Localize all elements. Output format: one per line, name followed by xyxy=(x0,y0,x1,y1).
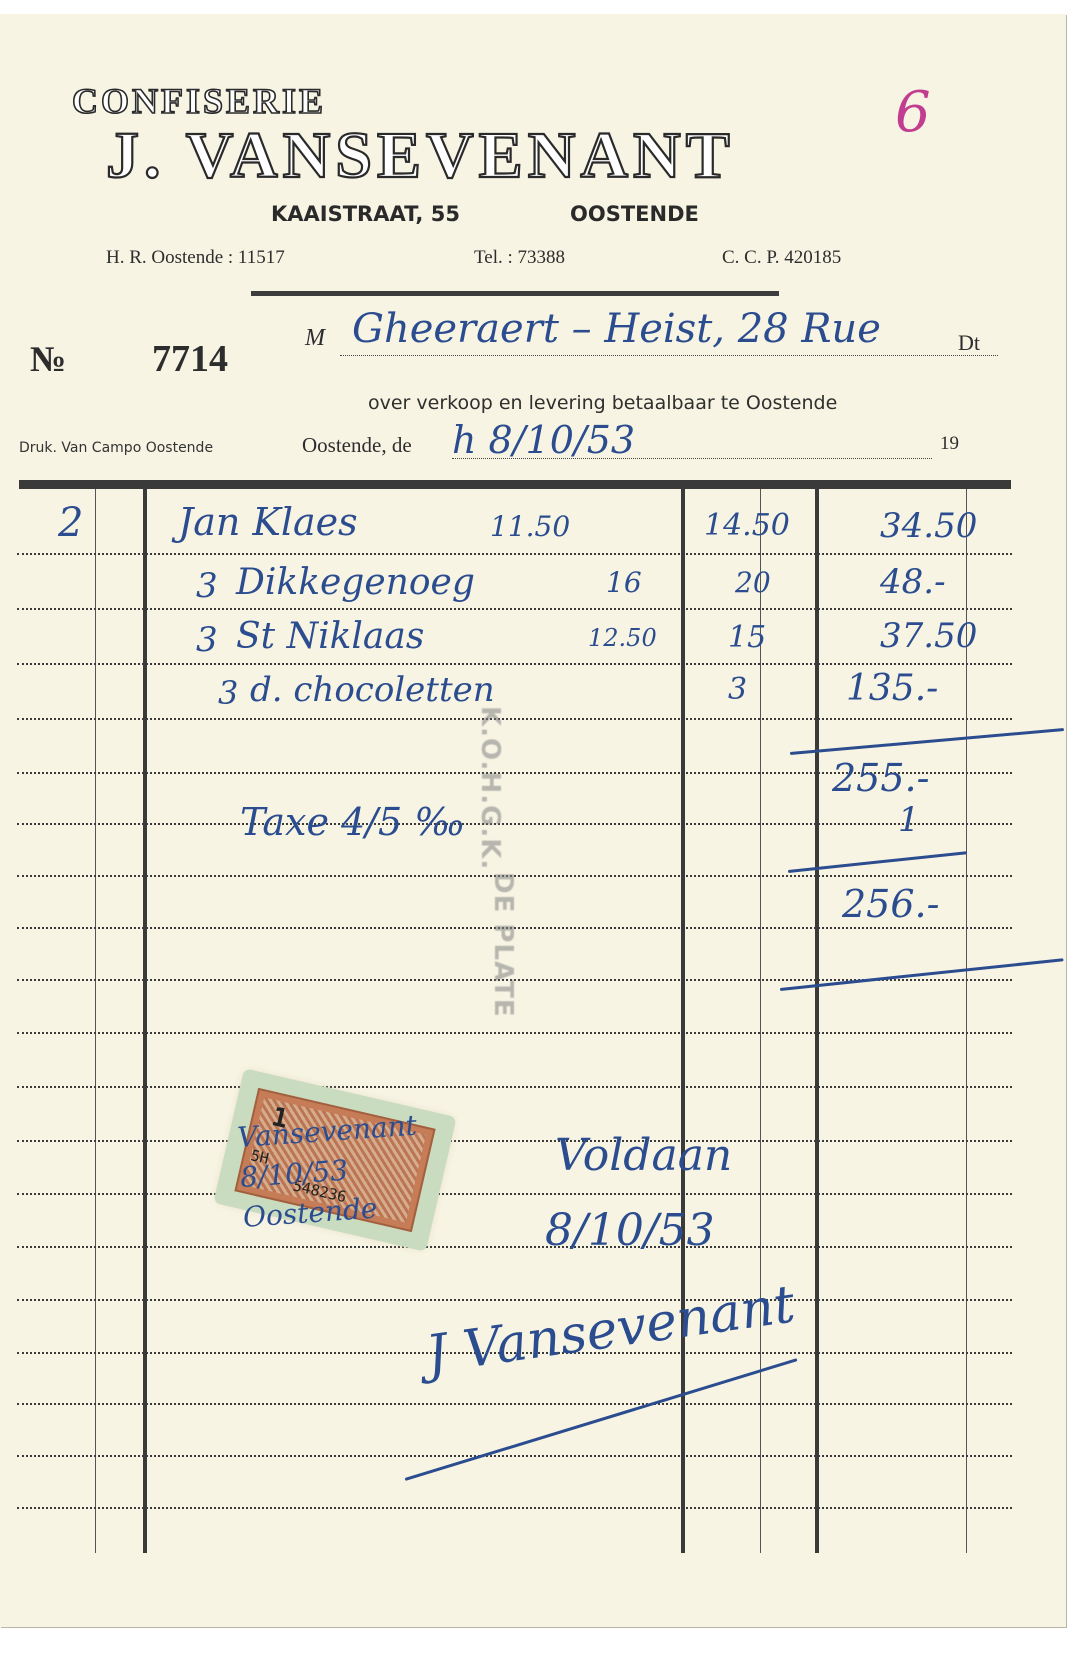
brand-name: J. VANSEVENANT xyxy=(106,123,735,189)
item-qty: 3 xyxy=(196,620,218,660)
table-header-bar xyxy=(19,480,1011,489)
paid-note: Voldaan xyxy=(555,1130,732,1181)
brand-line-confiserie: CONFISERIE xyxy=(72,80,326,122)
item-qty: 3 xyxy=(218,674,238,712)
table-rule xyxy=(17,1299,1012,1301)
grand-total: 256.- xyxy=(842,882,939,926)
item-unit-price: 14.50 xyxy=(704,508,790,543)
address-street: KAAISTRAAT, 55 xyxy=(271,202,460,226)
paid-date: 8/10/53 xyxy=(545,1205,715,1256)
item-unit-cost: 16 xyxy=(606,566,642,599)
item-description: Dikkegenoeg xyxy=(236,562,475,603)
item-description: d. chocoletten xyxy=(250,670,495,710)
table-rule xyxy=(17,553,1012,555)
number-symbol: № xyxy=(30,338,66,380)
table-rule xyxy=(17,718,1012,720)
table-rule xyxy=(17,823,1012,825)
item-qty: 3 xyxy=(196,566,218,606)
table-rule xyxy=(17,1455,1012,1457)
recipient-handwritten: Gheeraert – Heist, 28 Rue xyxy=(352,306,881,352)
column-divider xyxy=(815,489,819,1553)
address-city: OOSTENDE xyxy=(570,202,699,226)
table-rule xyxy=(17,1032,1012,1034)
column-divider xyxy=(143,489,147,1553)
tax-label: Taxe 4/5 ‰ xyxy=(240,800,465,844)
table-rule xyxy=(17,1086,1012,1088)
item-description: St Niklaas xyxy=(236,616,424,657)
item-unit-price: 3 xyxy=(728,672,747,707)
item-total: 34.50 xyxy=(880,506,977,546)
page-number-mark: 6 xyxy=(895,80,931,145)
item-qty: 2 xyxy=(58,500,83,546)
payment-terms: over verkoop en levering betaalbaar te O… xyxy=(368,392,837,414)
item-total: 135.- xyxy=(846,668,938,709)
debit-label: Dt xyxy=(958,330,980,356)
recipient-prefix: M xyxy=(305,325,325,352)
table-rule xyxy=(17,1193,1012,1195)
hr-number: H. R. Oostende : 11517 xyxy=(106,247,285,269)
date-handwritten: h 8/10/53 xyxy=(452,418,635,462)
item-unit-cost: 12.50 xyxy=(588,624,657,652)
watermark-de-plate: DE PLATE xyxy=(488,872,518,1018)
table-rule xyxy=(17,1403,1012,1405)
subtotal: 255.- xyxy=(832,756,929,800)
table-rule xyxy=(17,608,1012,610)
item-unit-cost: 11.50 xyxy=(490,510,570,543)
item-total: 37.50 xyxy=(880,616,977,656)
table-rule xyxy=(17,1246,1012,1248)
place-date-label: Oostende, de xyxy=(302,433,412,458)
printer-credit: Druk. Van Campo Oostende xyxy=(19,440,213,456)
item-unit-price: 20 xyxy=(735,566,771,599)
table-rule xyxy=(17,1507,1012,1509)
item-total: 48.- xyxy=(880,562,946,602)
telephone: Tel. : 73388 xyxy=(474,247,565,269)
recipient-dotted-line xyxy=(340,355,998,356)
letterhead-divider xyxy=(251,291,779,296)
table-rule xyxy=(17,1140,1012,1142)
tax-amount: 1 xyxy=(898,800,920,840)
stamp-cancellation: Vansevenant 8/10/53 Oostende xyxy=(236,1102,474,1238)
watermark-kohgk: K.O.H.G.K. xyxy=(475,706,505,870)
table-rule xyxy=(17,663,1012,665)
column-divider xyxy=(95,489,96,1553)
year-prefix: 19 xyxy=(940,433,959,455)
item-description: Jan Klaes xyxy=(178,500,358,544)
ccp-account: C. C. P. 420185 xyxy=(722,247,841,269)
item-unit-price: 15 xyxy=(728,620,766,655)
invoice-number: 7714 xyxy=(152,337,228,381)
